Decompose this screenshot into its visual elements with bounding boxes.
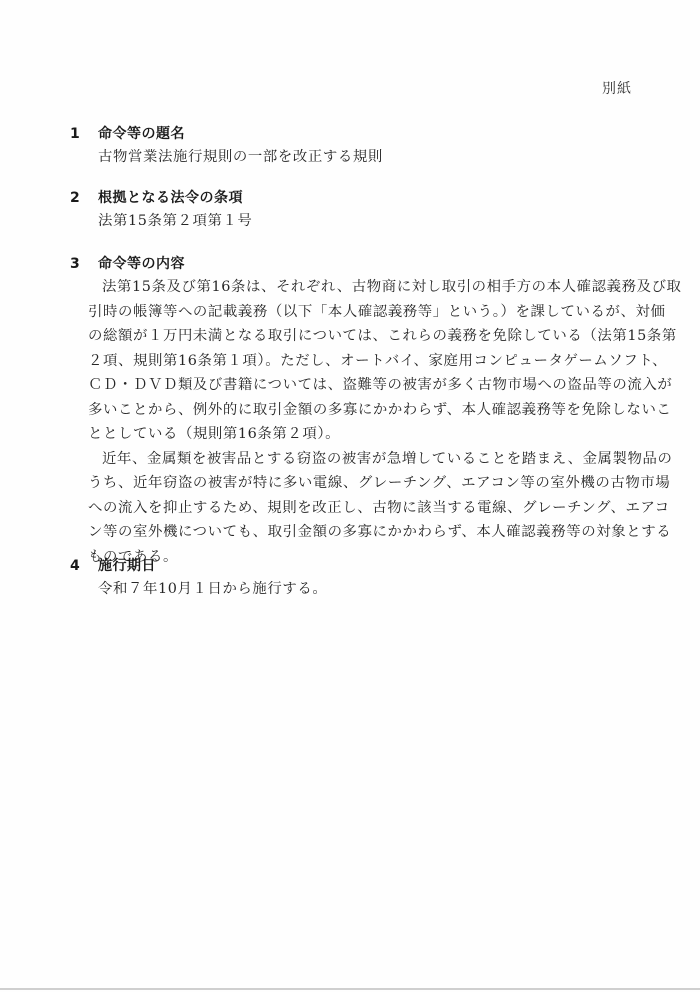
section-title: 根拠となる法令の条項 — [98, 187, 243, 209]
section-effective-date: 4 施行期日 令和７年10月１日から施行する。 — [70, 555, 636, 602]
section-title-of-order: 1 命令等の題名 古物営業法施行規則の一部を改正する規則 — [70, 123, 636, 170]
document-page: 別紙 1 命令等の題名 古物営業法施行規則の一部を改正する規則 2 根拠となる法… — [0, 0, 700, 990]
section-title: 命令等の内容 — [98, 253, 185, 275]
paragraph-2: 近年、金属類を被害品とする窃盗の被害が急増していることを踏まえ、金属製物品の う… — [88, 447, 636, 570]
paragraph-line: への流入を抑止するため、規則を改正し、古物に該当する電線、グレーチング、エアコ — [88, 496, 636, 521]
section-heading: 1 命令等の題名 — [70, 123, 636, 145]
paragraph-line: 引時の帳簿等への記載義務（以下「本人確認義務等」という。）を課しているが、対価 — [88, 300, 636, 325]
section-number: 1 — [70, 123, 98, 145]
paragraph-line: ２項、規則第16条第１項）。ただし、オートバイ、家庭用コンピュータゲームソフト、 — [88, 349, 636, 374]
attachment-label: 別紙 — [602, 78, 632, 98]
section-body: 法第15条及び第16条は、それぞれ、古物商に対し取引の相手方の本人確認義務及び取… — [88, 275, 636, 569]
section-number: 4 — [70, 555, 98, 577]
paragraph-1: 法第15条及び第16条は、それぞれ、古物商に対し取引の相手方の本人確認義務及び取… — [88, 275, 636, 447]
section-number: 3 — [70, 253, 98, 275]
paragraph-line: 法第15条及び第16条は、それぞれ、古物商に対し取引の相手方の本人確認義務及び取 — [88, 275, 636, 300]
section-body: 法第15条第２項第１号 — [98, 209, 636, 234]
section-body: 古物営業法施行規則の一部を改正する規則 — [98, 145, 636, 170]
paragraph-line: の総額が１万円未満となる取引については、これらの義務を免除している（法第15条第 — [88, 324, 636, 349]
section-legal-basis: 2 根拠となる法令の条項 法第15条第２項第１号 — [70, 187, 636, 234]
paragraph-line: ン等の室外機についても、取引金額の多寡にかかわらず、本人確認義務等の対象とする — [88, 520, 636, 545]
paragraph-line: ととしている（規則第16条第２項）。 — [88, 422, 636, 447]
paragraph-line: 近年、金属類を被害品とする窃盗の被害が急増していることを踏まえ、金属製物品の — [88, 447, 636, 472]
paragraph-line: うち、近年窃盗の被害が特に多い電線、グレーチング、エアコン等の室外機の古物市場 — [88, 471, 636, 496]
section-content: 3 命令等の内容 法第15条及び第16条は、それぞれ、古物商に対し取引の相手方の… — [70, 253, 636, 569]
section-body: 令和７年10月１日から施行する。 — [98, 577, 636, 602]
page-bottom-border — [0, 988, 700, 990]
section-number: 2 — [70, 187, 98, 209]
section-title: 施行期日 — [98, 555, 156, 577]
section-heading: 3 命令等の内容 — [70, 253, 636, 275]
section-heading: 4 施行期日 — [70, 555, 636, 577]
paragraph-line: ＣＤ・ＤＶＤ類及び書籍については、盗難等の被害が多く古物市場への盗品等の流入が — [88, 373, 636, 398]
paragraph-line: 多いことから、例外的に取引金額の多寡にかかわらず、本人確認義務等を免除しないこ — [88, 398, 636, 423]
section-heading: 2 根拠となる法令の条項 — [70, 187, 636, 209]
section-title: 命令等の題名 — [98, 123, 185, 145]
